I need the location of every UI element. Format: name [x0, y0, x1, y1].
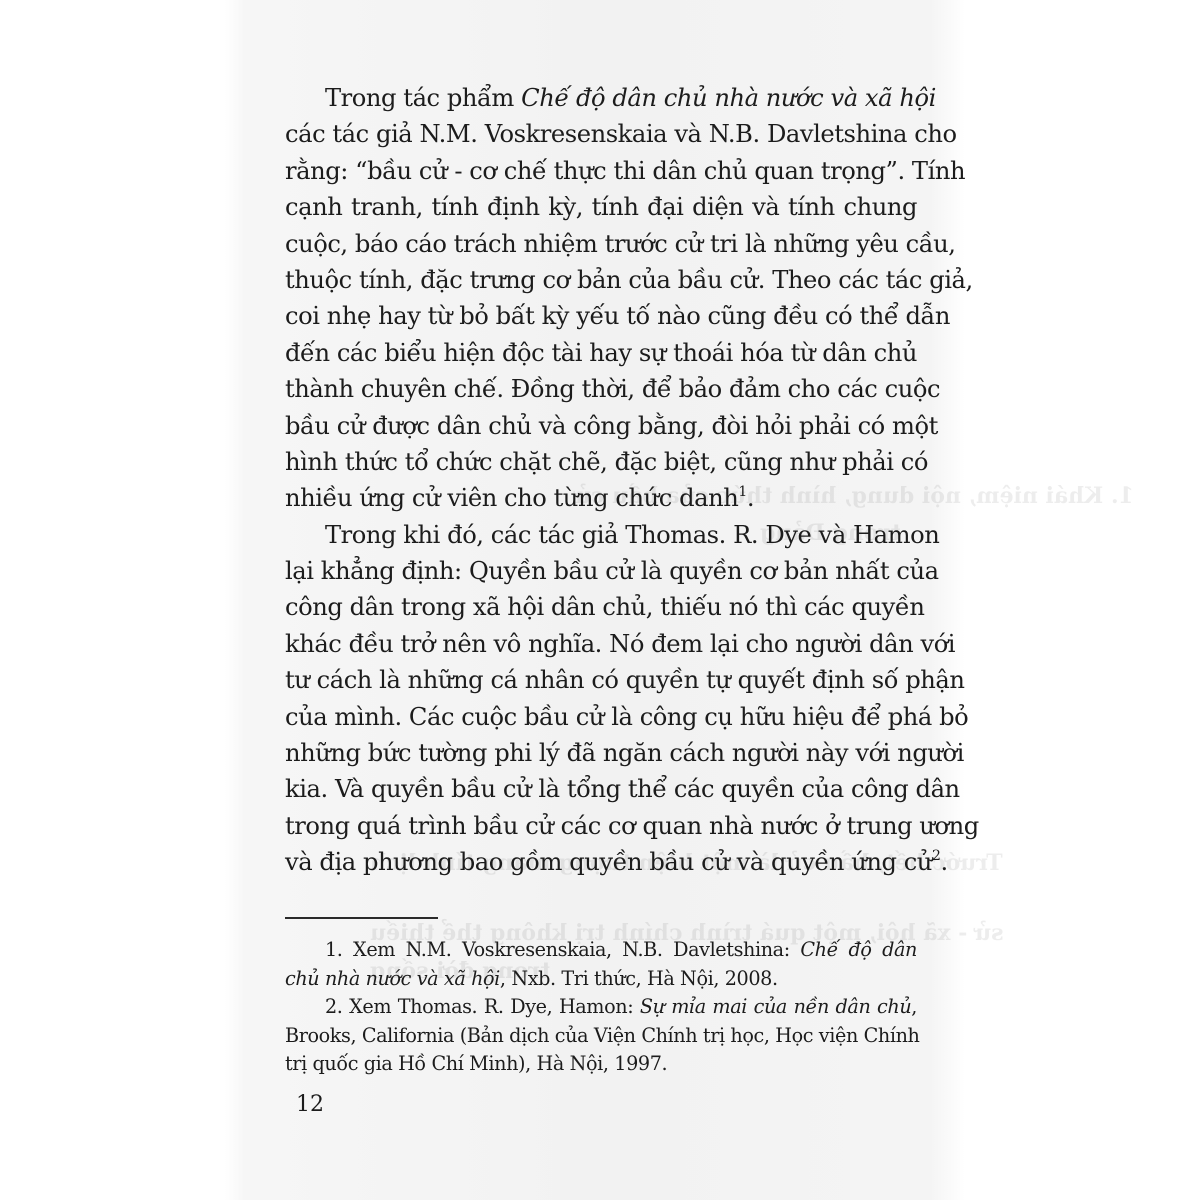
paragraph-line: và địa phương bao gồm quyền bầu cử và qu…: [285, 844, 917, 880]
paragraph-line: cạnh tranh, tính định kỳ, tính đại diện …: [285, 189, 917, 225]
paragraph-line: của mình. Các cuộc bầu cử là công cụ hữu…: [285, 699, 917, 735]
paragraph-line: thành chuyên chế. Đồng thời, để bảo đảm …: [285, 371, 917, 407]
paragraph-line: đến các biểu hiện độc tài hay sự thoái h…: [285, 335, 917, 371]
footnote-line: chủ nhà nước và xã hội, Nxb. Tri thức, H…: [285, 965, 917, 994]
paragraph-line: tư cách là những cá nhân có quyền tự quy…: [285, 662, 917, 698]
italic-title: Chế độ dân: [800, 938, 917, 961]
footnote-reference: 1: [738, 484, 746, 500]
body-text: Trong tác phẩm Chế độ dân chủ nhà nước v…: [285, 80, 917, 881]
paragraph-line: các tác giả N.M. Voskresenskaia và N.B. …: [285, 116, 917, 152]
paragraph-line: công dân trong xã hội dân chủ, thiếu nó …: [285, 589, 917, 625]
paragraph-line: rằng: “bầu cử - cơ chế thực thi dân chủ …: [285, 153, 917, 189]
paragraph-line: kia. Và quyền bầu cử là tổng thể các quy…: [285, 771, 917, 807]
paragraph-line: nhiều ứng cử viên cho từng chức danh1.: [285, 480, 917, 516]
footnote-separator: [285, 917, 438, 919]
paragraph-line: coi nhẹ hay từ bỏ bất kỳ yếu tố nào cũng…: [285, 298, 917, 334]
italic-title: Sự mỉa mai của nền dân chủ: [640, 995, 911, 1018]
paragraph-line: bầu cử được dân chủ và công bằng, đòi hỏ…: [285, 408, 917, 444]
paragraph-line: Trong khi đó, các tác giả Thomas. R. Dye…: [285, 517, 917, 553]
paragraph-line: khác đều trở nên vô nghĩa. Nó đem lại ch…: [285, 626, 917, 662]
paragraph-line: hình thức tổ chức chặt chẽ, đặc biệt, cũ…: [285, 444, 917, 480]
italic-title: Chế độ dân chủ nhà nước và xã hội: [521, 84, 936, 112]
paragraph-line: cuộc, báo cáo trách nhiệm trước cử tri l…: [285, 226, 917, 262]
footnote-line: Brooks, California (Bản dịch của Viện Ch…: [285, 1022, 917, 1051]
paragraph-line: Trong tác phẩm Chế độ dân chủ nhà nước v…: [285, 80, 917, 116]
footnotes: 1. Xem N.M. Voskresenskaia, N.B. Davlets…: [285, 936, 917, 1079]
footnote-line: trị quốc gia Hồ Chí Minh), Hà Nội, 1997.: [285, 1050, 917, 1079]
book-page: 1. Khái niệm, nội dung, hình thức của bầ…: [0, 0, 1200, 1200]
paragraph-line: thuộc tính, đặc trưng cơ bản của bầu cử.…: [285, 262, 917, 298]
paragraph-line: những bức tường phi lý đã ngăn cách ngườ…: [285, 735, 917, 771]
paragraph-line: trong quá trình bầu cử các cơ quan nhà n…: [285, 808, 917, 844]
footnote-line: 1. Xem N.M. Voskresenskaia, N.B. Davlets…: [285, 936, 917, 965]
italic-title: chủ nhà nước và xã hội: [285, 967, 500, 990]
footnote-reference: 2: [932, 848, 940, 864]
footnote-line: 2. Xem Thomas. R. Dye, Hamon: Sự mỉa mai…: [285, 993, 917, 1022]
paragraph-line: lại khẳng định: Quyền bầu cử là quyền cơ…: [285, 553, 917, 589]
page-number: 12: [296, 1092, 324, 1118]
